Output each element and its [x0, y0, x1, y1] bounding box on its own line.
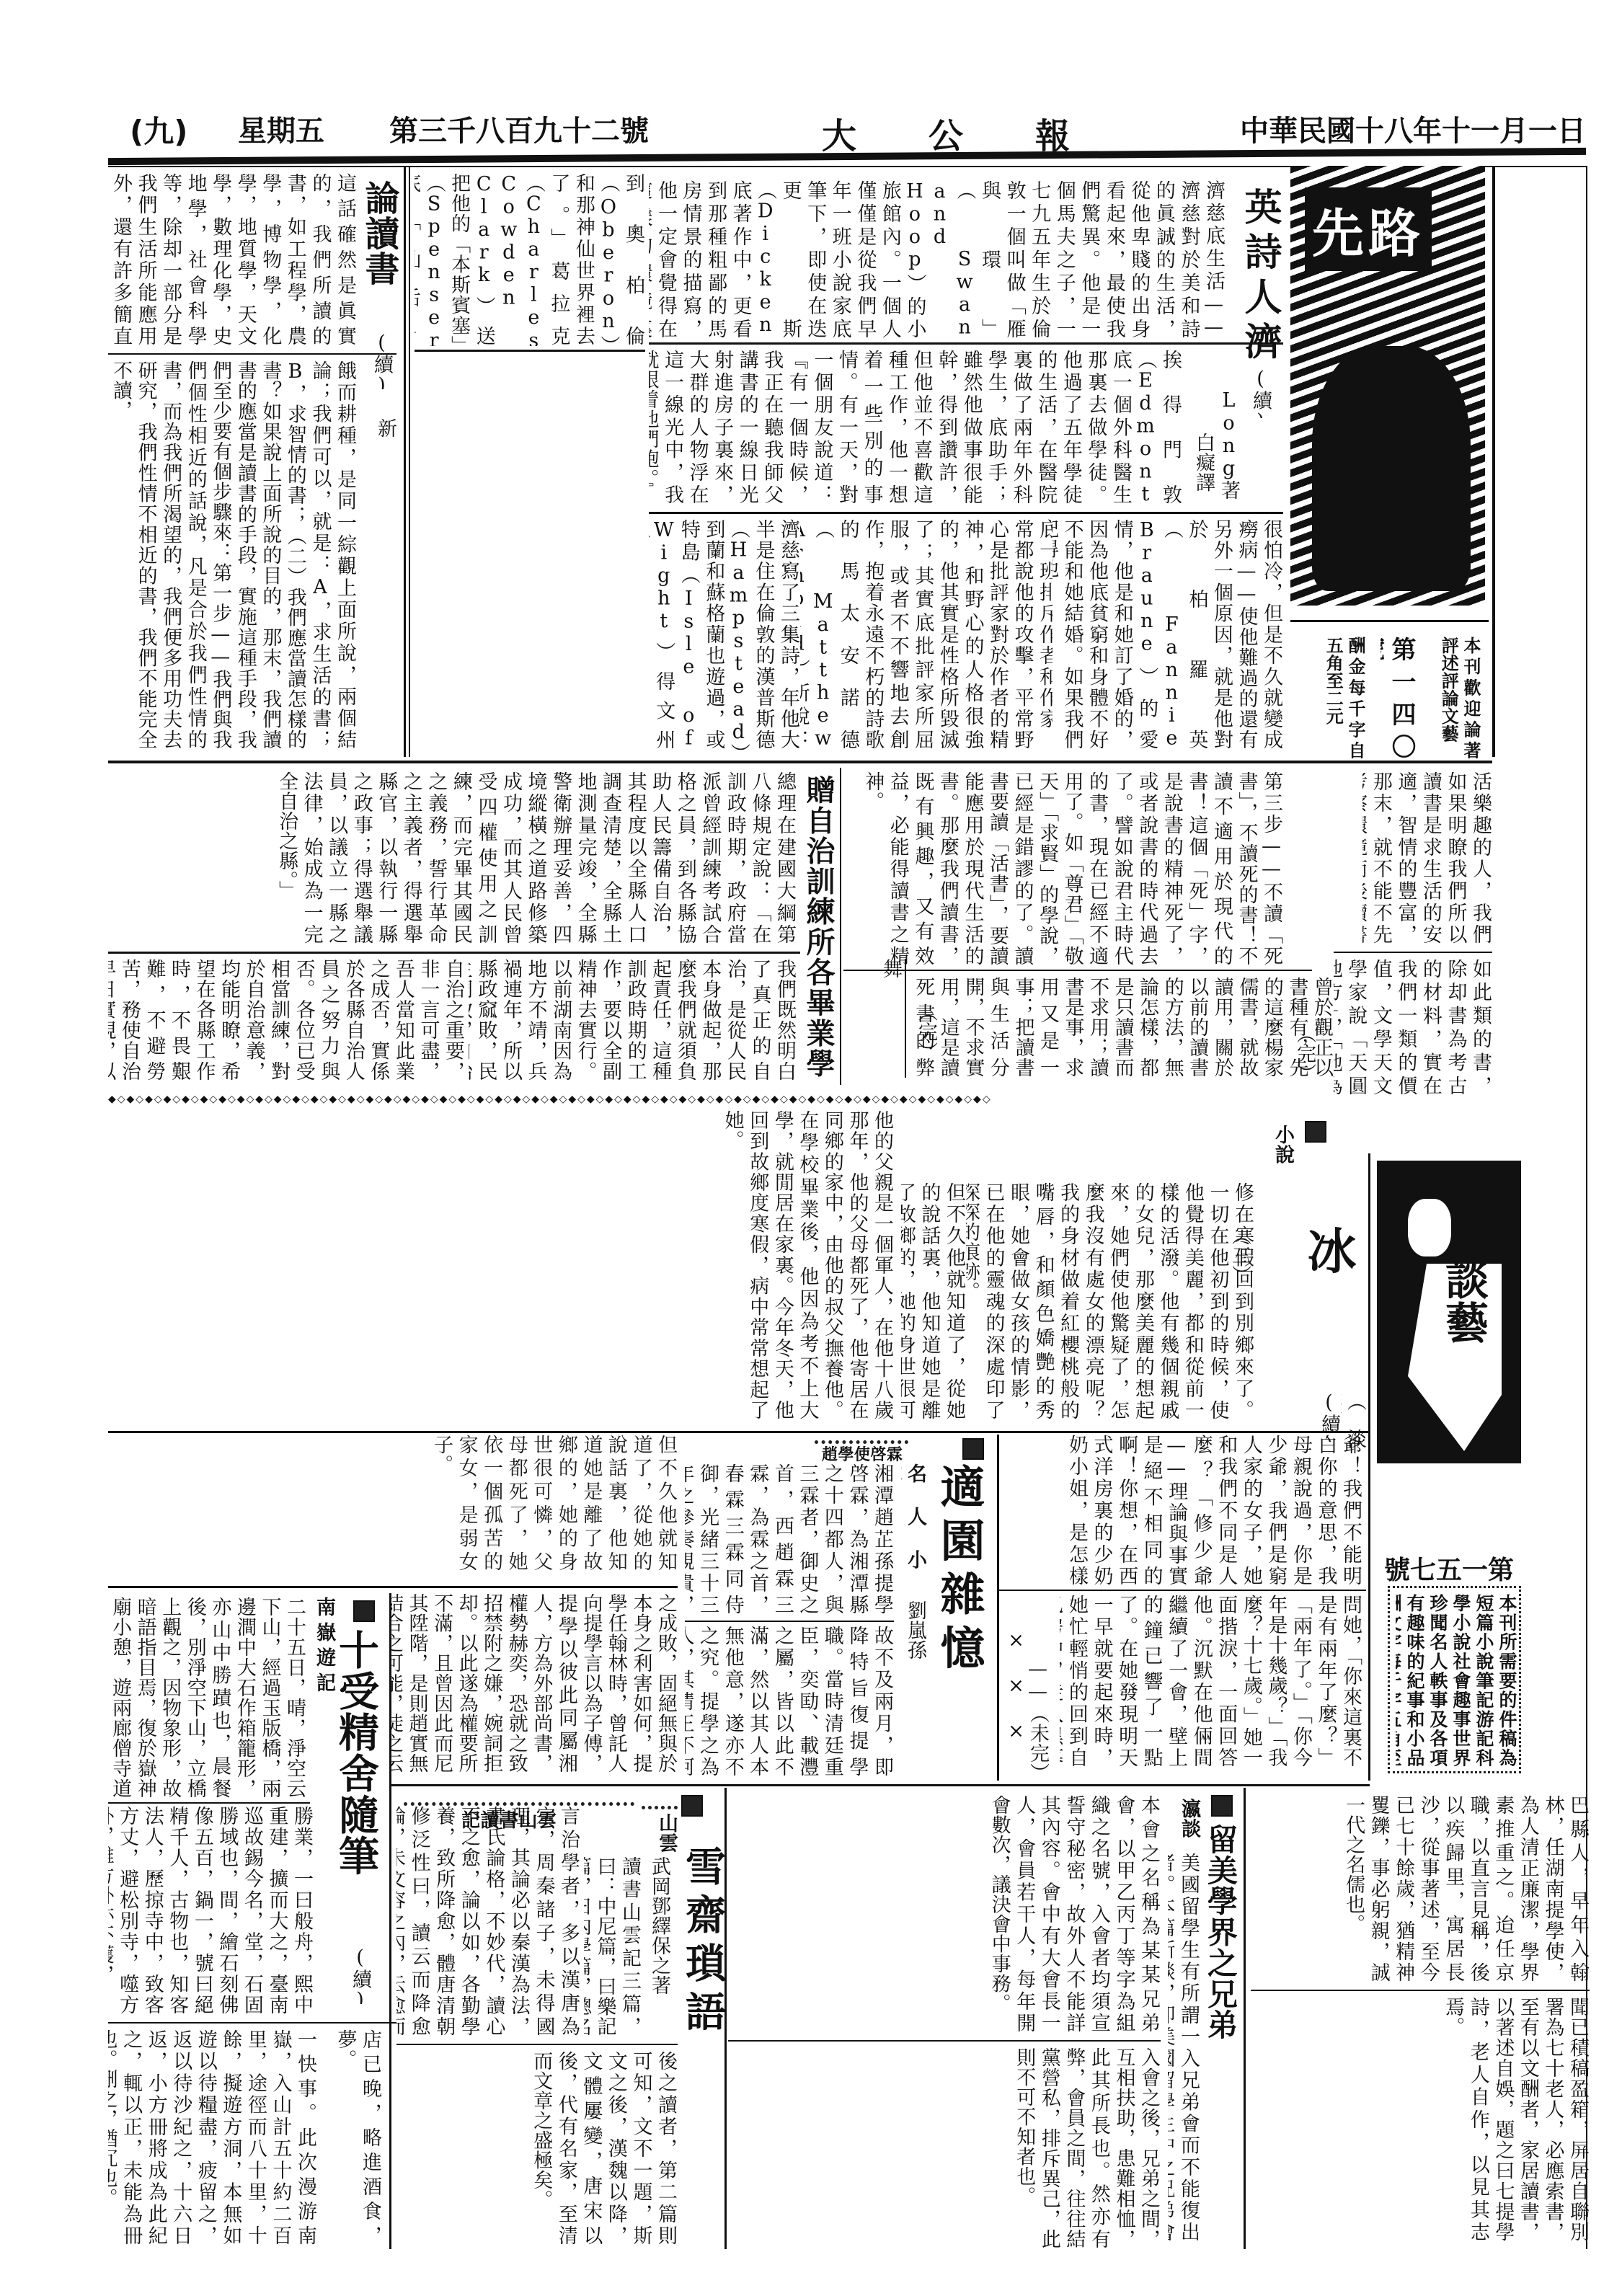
memoir-author: 劉嵐孫 — [901, 1600, 927, 1687]
training-rule — [108, 952, 800, 954]
page-number: (九) — [130, 108, 187, 151]
story-body-2: 但不久他就知道了，從她的說話裏，他知道她是離了故鄉的，她的身世很可憐，父母都死了… — [901, 1182, 966, 1420]
section-rule-1 — [108, 761, 1492, 763]
masthead: (九) 星期五 第三千八百九十二號 大公報 中華民國十八年十一月一日 — [108, 108, 1586, 151]
payment-terms: 酬金每千字自五角至二元 — [1301, 637, 1366, 759]
keats-rule-1 — [649, 342, 1283, 345]
brothers-rule — [728, 2040, 1161, 2042]
page-edge-rule — [1586, 166, 1587, 2249]
story-separator: × × × — [1002, 1629, 1028, 1759]
column-rule — [997, 1435, 999, 1781]
essay-body-1: 二十五日，晴，淨空云下山，經過玉版橋，兩邊澗中大石作箱籠形，亦山中勝蹟也，晨餐後… — [108, 1597, 306, 1799]
memoir-decor-square — [962, 1438, 984, 1460]
notes-body-3: 後之讀者，第二篇則可知，文不一題，斯文之後，漢魏以降，文體屢變，唐宋以後，代有名… — [396, 2051, 678, 2246]
essay-subheading: 南嶽遊記 — [310, 1597, 336, 1719]
brothers-body-3: 入會之後，兄弟之間，互相扶助，患難相恤，此其所長也。然亦有弊，會員之間，往往結黨… — [728, 2047, 1161, 2249]
keats-status: (續) — [1244, 368, 1272, 418]
essay-decor — [353, 1600, 375, 1625]
memoir-rule — [685, 1621, 894, 1622]
brothers-body-2: 本會之名稱為某某兄弟會，以甲乙丙丁等字為組織之名號，入會者均須宣誓守秘密，故外人… — [728, 1795, 1161, 2033]
essay-title: 十受精舍隨筆 — [335, 1629, 381, 1939]
keats-rule-2 — [649, 512, 1283, 514]
story-body-4: 爺！我們不能明白你的意思，我母親說過，你是少爺，我們是窮人家的女子，她和我們不同… — [1067, 1435, 1362, 1586]
brothers-body-5: 聞已積稿盈箱，屏居自聯別署為七十老人，必應索書，至有以文酬者，家居讀書，以著述自… — [1251, 1997, 1590, 2242]
story-decor-square — [1305, 1121, 1326, 1143]
training-body-4: 自治之重要，非一言可盡，吾人當知此業之成否，實係於各縣自治人員之努力與否。各位已… — [108, 959, 465, 1081]
training-body-1: 總理在建國大綱第八條規定說：「在訓政時期，政府當派曾經訓練考試合格之員，到各縣協… — [108, 771, 797, 944]
story-section-label — [1305, 1121, 1326, 1145]
portrait-face — [1408, 1199, 1451, 1256]
death-books-rule — [843, 970, 1312, 971]
section-rule-2 — [389, 1784, 1370, 1786]
keats-body-1: 挨得門敦（Edmonton）底一個外科醫生那裏去做學徒。他過了五年學徒的生活，在… — [649, 350, 1182, 505]
column-rule-double — [404, 166, 406, 757]
column-rule — [724, 1788, 727, 2249]
notes-decor-square — [681, 1795, 703, 1817]
column-rule — [1368, 1153, 1370, 1781]
notes-body-1: 讀書山雲記三篇，曰：中尼篇，曰樂記篇，曰內學篇，總名之曰讀書山雲。其學之旨，多言… — [584, 1856, 642, 2036]
tanyi-issue-label: 第一五七號 — [1384, 1550, 1514, 1587]
call-for-papers-box: 本刊歡迎論著評述評論文藝 第一四〇號 酬金每千字自五角至二元 — [1290, 620, 1489, 757]
memoir-dotted-rule — [815, 1440, 908, 1444]
keats-title: 英詩人濟慈 — [1240, 187, 1283, 360]
column-rule — [1244, 1788, 1246, 2249]
notes-title: 雪齋瑣語 — [678, 1845, 728, 2083]
reading-body-2: 餓而耕種，是同一綜觀上面所說，兩個結論；我們可以，就是：A，求生活的書；B，求智… — [108, 360, 357, 750]
essay-body-3: 一快事。此次漫游南嶽，入山計五十約二百里，途徑而八十里，十餘，擬遊方洞，本無如遊… — [108, 2029, 317, 2246]
memoir-body-2: 故不及兩月，即降特旨復提學職。當時清廷重臣，奕劻、載灃之屬，皆以此不滿，然以其人… — [685, 1626, 894, 1777]
column-rule-double-2 — [409, 166, 410, 757]
story-body-5: 問她，「你來這裏不是有兩年了麼？」「兩年了。」「你今年是十幾歲？」「我麼？十七歲… — [1060, 1595, 1362, 1768]
keats-translator: 白癡譯 — [1189, 433, 1215, 505]
xianlu-woodcut: 先路 — [1290, 166, 1485, 606]
keats-subtitle-body: 濟慈底生活——濟慈對於美和詩的眞誠的生活，從他卑賤的出身看起來，最使我們驚異。他… — [649, 180, 1226, 339]
reading-rule — [108, 353, 396, 355]
notes-author: 武岡鄧繹保之著 — [645, 1856, 671, 2000]
notes-rule — [396, 2044, 678, 2045]
memoir-subheading: 名人小志 — [901, 1463, 927, 1579]
notes-decor — [681, 1795, 703, 1819]
diamond-ornament-row: ◆◇◆◇◆◇◆◇◆◇◆◇◆◇◆◇◆◇◆◇◆◇◆◇◆◇◆◇◆◇◆◇◆◇◆◇◆◇◆◇… — [108, 1094, 1334, 1104]
notes-dotted-rule — [642, 1806, 678, 1809]
reading-status: (續) — [368, 332, 394, 389]
column-rule — [389, 1593, 391, 2249]
death-books-body-2: 曾於觀正以書種有，先的這麼楊家儒書，就故讀用，關於以前的讀書的方法，無論怎樣，都… — [916, 977, 1334, 1078]
story-rule-2 — [998, 1590, 1366, 1591]
essay-rule-2 — [108, 2022, 396, 2024]
memoir-body-extra: 但不久他就知道了，從她的說話裏，他知道她是離了故鄉的，她的身世很可憐，父母都死了… — [108, 1435, 678, 1572]
essay-body-2: 勝業，一曰般舟，熙中重建，擴而大之，臺南巡故錫今名，堂，石固勝域也，間，繪石刻佛… — [108, 1806, 314, 2015]
issue-label: 第一四〇號 — [1381, 637, 1417, 759]
death-books-body: 第三步——不讀「死書」，不讀死的書！不讀不適用於現代的書！這個「死」字，是說書的… — [843, 771, 1283, 966]
reading-author: 新 — [371, 418, 397, 461]
keats-body-5: 到奧柏倫（Oberon）和那神仙世界裡去了。」葛拉克（Charles Cowde… — [415, 173, 645, 346]
tanyi-notice: 本刊所需要的件稿為短篇小說筆記游記科學小說社會趣事世界珍聞名人軼事及各項有趣味的… — [1396, 1594, 1518, 1767]
brothers-body-1: 美國留學生有所謂一入兄弟會而不能復出者。本篇所談，即美國留學生中之兄弟會也。兄弟… — [1168, 1853, 1200, 2242]
xianlu-title-art: 先路 — [1305, 187, 1432, 271]
tanyi-title-art: 談藝 — [1440, 1256, 1491, 1401]
call-for-papers: 本刊歡迎論著評述評論文藝 — [1424, 637, 1481, 759]
weekday: 星期五 — [238, 108, 324, 149]
issue-number: 第三千八百九十二號 — [389, 108, 649, 149]
keats-body-4: 很怕冷，但是不久就變成癆病——使他難過的還有另外一個原因，就是他對於柏羅英（Fa… — [1052, 519, 1283, 750]
memoir-rule-2 — [108, 1586, 678, 1588]
publication-date: 中華民國十八年十一月一日 — [1240, 108, 1586, 149]
essay-body-4: 店已晚，略進酒食，夢。 — [324, 2029, 382, 2246]
memoir-title: 適園雜憶 — [930, 1463, 988, 1701]
column-rule — [905, 959, 906, 1078]
memoir-body-1: 湘潭趙芷孫提學啓霖，為湘潭縣之十四都人，與三霖者，御史之首，西趙霖三霖，為霖之首… — [685, 1463, 894, 1615]
brothers-section-label: 瀛談 — [1175, 1799, 1201, 1842]
essay-rule — [108, 1802, 310, 1804]
reading-body-3: 活樂趣的人，我們如果明瞭我們所以讀書是求生活的安適，智情的豐富，那末，就不能不先… — [1362, 771, 1492, 944]
notes-body-2: 言治學者，多以漢唐為宗，周秦諸子，未得國理，其論必以秦漢為法，書氏論格，不妙代，… — [396, 1806, 580, 2036]
training-title: 贈自治訓練所各畢業學員 — [802, 775, 836, 1078]
keats-author: Long著 — [1215, 389, 1241, 505]
essay-decor-square — [353, 1600, 375, 1622]
story-section-label-text: 小說 — [1269, 1125, 1295, 1168]
death-books-conclusion: （完） — [912, 1002, 938, 1067]
keats-rule-3 — [415, 350, 645, 352]
tanyi-woodcut: 談藝 — [1377, 1161, 1521, 1463]
column-rule — [840, 768, 841, 1085]
rider-silhouette — [1312, 346, 1471, 591]
notes-subheading: 山雲 — [652, 1813, 678, 1856]
reading-body-1: 這話確然是眞實的，我們所讀的書，如工程學，農學，博物學，化學，地質學，天文學，數… — [108, 173, 357, 346]
brothers-title: 留美學界之兄弟會 — [1204, 1824, 1240, 2040]
essay-status: (續) — [346, 1946, 372, 2004]
reading-rule-2 — [1334, 952, 1492, 953]
reading-title: 論讀書 — [360, 180, 401, 324]
story-rule — [108, 1431, 1370, 1433]
training-body-2: 我們既然明白了真正的自治，是從人民本身做起，那麼我們就須負起責任，這種訓政時期的… — [469, 959, 797, 1081]
brothers-body-4: 巴縣人，早年入翰林，任湖南提學使，為人清正廉潔，學界素推重之。迨任京職，以直言見… — [1251, 1795, 1590, 1982]
brothers-decor-square — [1211, 1795, 1233, 1817]
brothers-decor — [1211, 1795, 1233, 1819]
reading-body-4: 如此類的書，除却書為考古的材料，實在我們一類的價值，文學天文學家說「天圓地方」，… — [1334, 959, 1492, 1096]
story-body-3: 他的父親是一個軍人，在他十八歲那年，他的父母都死了，他寄居在同鄉的家中，由他的叔… — [108, 1110, 894, 1420]
brothers-rule-2 — [1251, 1990, 1590, 1991]
keats-body-3: 濟慈寫了三集詩，年他大半是住在倫敦的漢普斯德（Hampstead），到蘭和蘇格蘭… — [649, 519, 800, 750]
memoir-body-3: 之成敗，固絕無與於本身之利害如何，提學任翰林時，曾託人向提學言以為子傅，提學以彼… — [389, 1593, 678, 1773]
tanyi-notice-box: 本刊所需要的件稿為短篇小說筆記游記科學小說社會趣事世界珍聞名人軼事及各項有趣味的… — [1388, 1586, 1521, 1773]
column-rule — [1492, 166, 1495, 757]
story-title: 冰亭 — [1301, 1225, 1359, 1384]
story-body-1: 修在寒假回到別鄉來了。一切在他初到的時候，使他覺得美麗，都和從前一樣的活潑。他有… — [966, 1182, 1254, 1420]
training-author: 舞 — [879, 959, 903, 988]
memoir-decor — [962, 1438, 984, 1463]
